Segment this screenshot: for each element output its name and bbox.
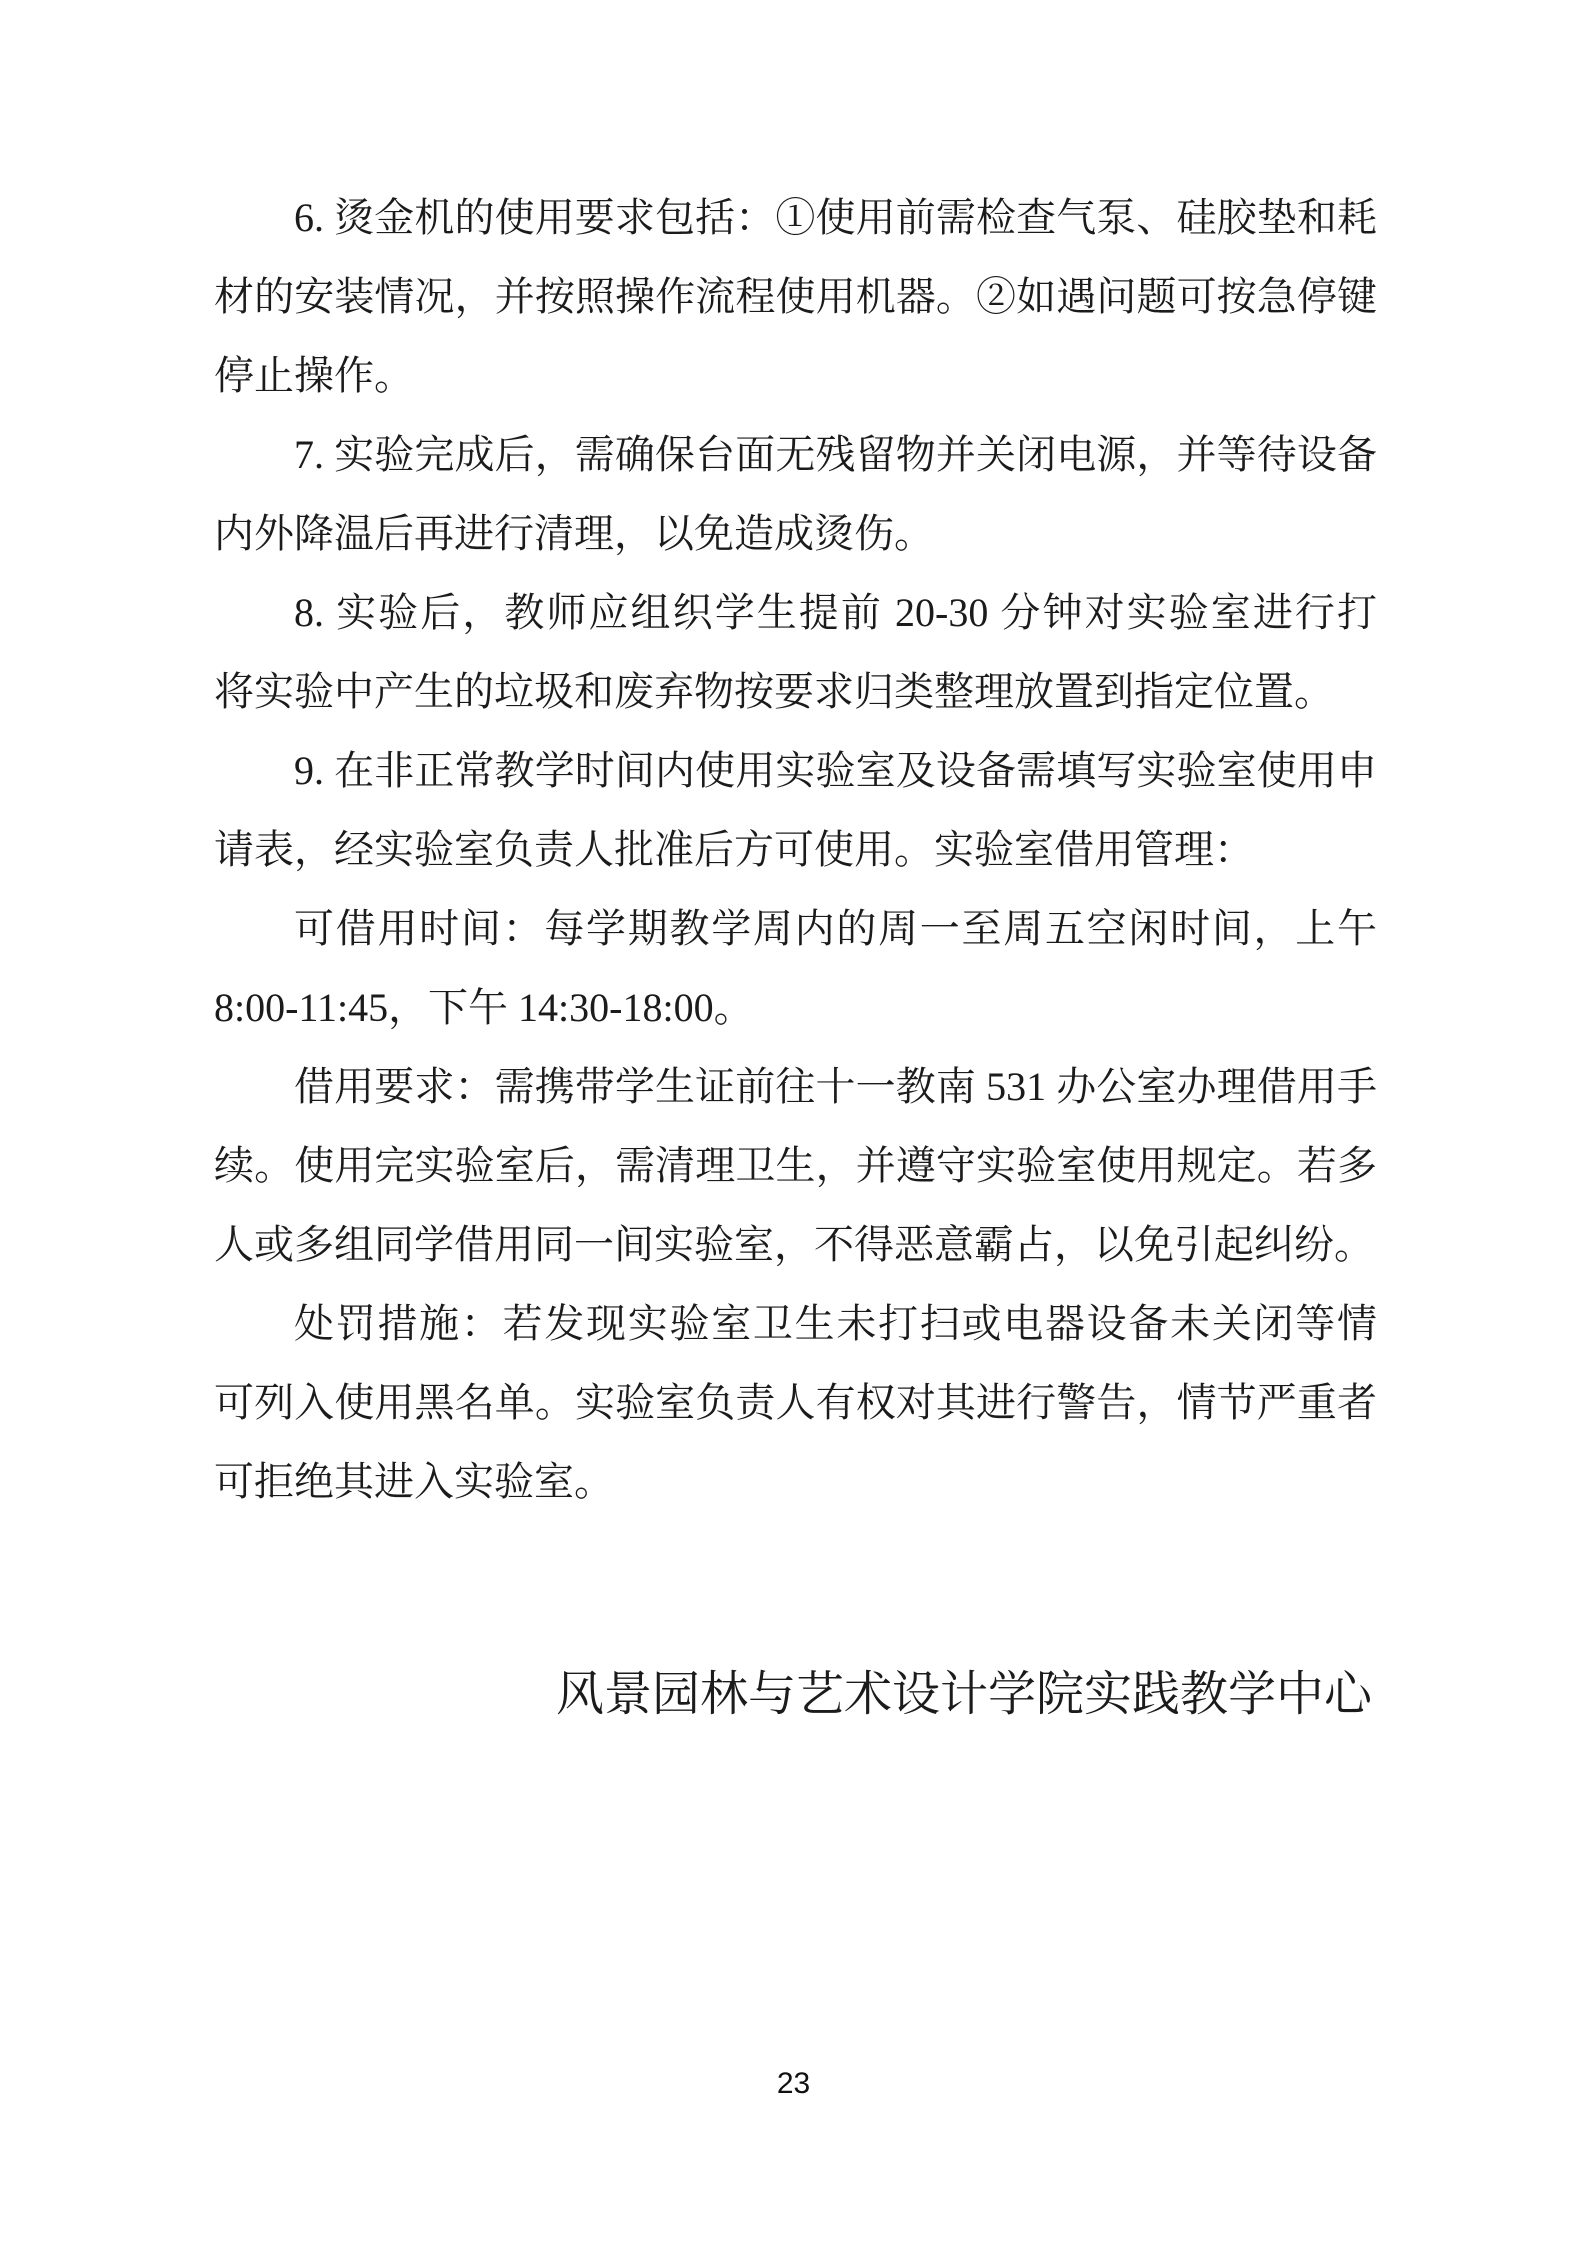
- document-page: 6. 烫金机的使用要求包括：①使用前需检查气泵、硅胶垫和耗 材的安装情况，并按照…: [0, 0, 1587, 2245]
- borrow-time-line-1: 可借用时间：每学期教学周内的周一至周五空闲时间，上午: [214, 889, 1377, 968]
- signature-line: 风景园林与艺术设计学院实践教学中心: [214, 1655, 1377, 1734]
- para-9-line-1: 9. 在非正常教学时间内使用实验室及设备需填写实验室使用申: [214, 731, 1377, 810]
- punishment-line-2: 可列入使用黑名单。实验室负责人有权对其进行警告，情节严重者: [214, 1363, 1377, 1442]
- para-8-line-1: 8. 实验后，教师应组织学生提前 20-30 分钟对实验室进行打扫，: [214, 573, 1377, 652]
- para-6-line-1: 6. 烫金机的使用要求包括：①使用前需检查气泵、硅胶垫和耗: [214, 178, 1377, 257]
- borrow-req-line-1: 借用要求：需携带学生证前往十一教南 531 办公室办理借用手: [214, 1047, 1377, 1126]
- borrow-req-line-3: 人或多组同学借用同一间实验室，不得恶意霸占，以免引起纠纷。: [214, 1205, 1377, 1284]
- para-7-line-1: 7. 实验完成后，需确保台面无残留物并关闭电源，并等待设备: [214, 415, 1377, 494]
- page-number: 23: [0, 2066, 1587, 2102]
- para-6-line-2: 材的安装情况，并按照操作流程使用机器。②如遇问题可按急停键: [214, 257, 1377, 336]
- borrow-req-line-2: 续。使用完实验室后，需清理卫生，并遵守实验室使用规定。若多: [214, 1126, 1377, 1205]
- para-8-line-2: 将实验中产生的垃圾和废弃物按要求归类整理放置到指定位置。: [214, 652, 1377, 731]
- borrow-time-line-2: 8:00-11:45，下午 14:30-18:00。: [214, 968, 1377, 1047]
- punishment-line-3: 可拒绝其进入实验室。: [214, 1442, 1377, 1521]
- para-6-line-3: 停止操作。: [214, 336, 1377, 415]
- page-content: 6. 烫金机的使用要求包括：①使用前需检查气泵、硅胶垫和耗 材的安装情况，并按照…: [214, 178, 1377, 1734]
- punishment-line-1: 处罚措施：若发现实验室卫生未打扫或电器设备未关闭等情况，: [214, 1284, 1377, 1363]
- para-7-line-2: 内外降温后再进行清理，以免造成烫伤。: [214, 494, 1377, 573]
- para-9-line-2: 请表，经实验室负责人批准后方可使用。实验室借用管理：: [214, 810, 1377, 889]
